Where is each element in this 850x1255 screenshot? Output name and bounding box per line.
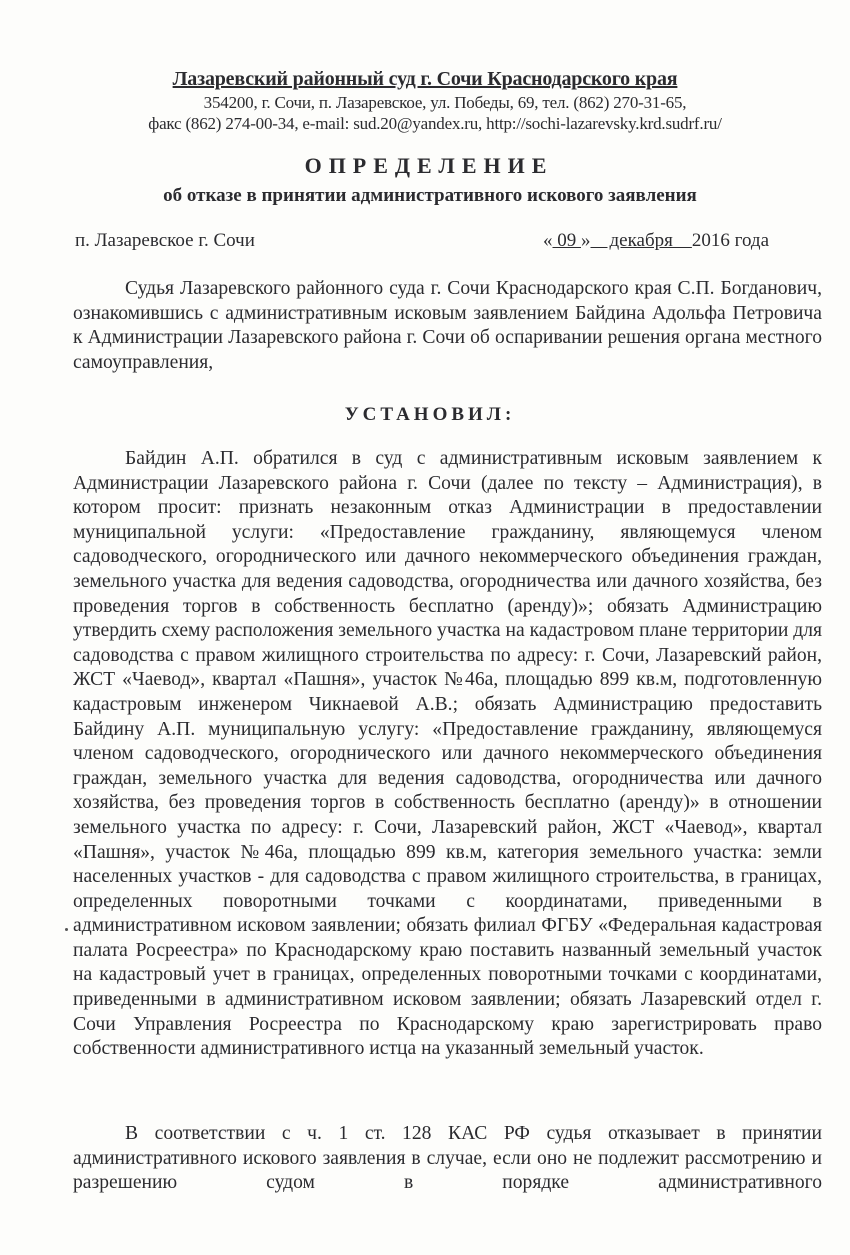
- established-block: Байдин А.П. обратился в суд с администра…: [73, 447, 822, 1062]
- document-title: ОПРЕДЕЛЕНИЕ: [0, 153, 850, 179]
- date-close-quote: »: [581, 230, 591, 251]
- document-subtitle: об отказе в принятии административного и…: [0, 185, 850, 207]
- date-day: 09: [553, 230, 582, 251]
- article-paragraph: В соответствии с ч. 1 ст. 128 КАС РФ суд…: [73, 1122, 822, 1196]
- document-date: « 09 » декабря 2016 года: [543, 230, 769, 252]
- section-heading: УСТАНОВИЛ:: [0, 404, 850, 426]
- date-month: декабря: [591, 230, 692, 251]
- court-address: 354200, г. Сочи, п. Лазаревское, ул. Поб…: [20, 93, 850, 113]
- date-open-quote: «: [543, 230, 553, 251]
- article-block: В соответствии с ч. 1 ст. 128 КАС РФ суд…: [73, 1122, 822, 1196]
- document-page: Лазаревский районный суд г. Сочи Краснод…: [0, 0, 850, 1255]
- established-paragraph: Байдин А.П. обратился в суд с администра…: [73, 447, 822, 1062]
- intro-paragraph: Судья Лазаревского районного суда г. Соч…: [73, 277, 822, 375]
- scan-speck: [65, 928, 68, 931]
- intro-block: Судья Лазаревского районного суда г. Соч…: [73, 277, 822, 375]
- court-name-header: Лазаревский районный суд г. Сочи Краснод…: [0, 68, 850, 91]
- court-contacts: факс (862) 274-00-34, e-mail: sud.20@yan…: [10, 114, 850, 134]
- date-year: 2016 года: [692, 230, 769, 251]
- document-place: п. Лазаревское г. Сочи: [75, 230, 255, 252]
